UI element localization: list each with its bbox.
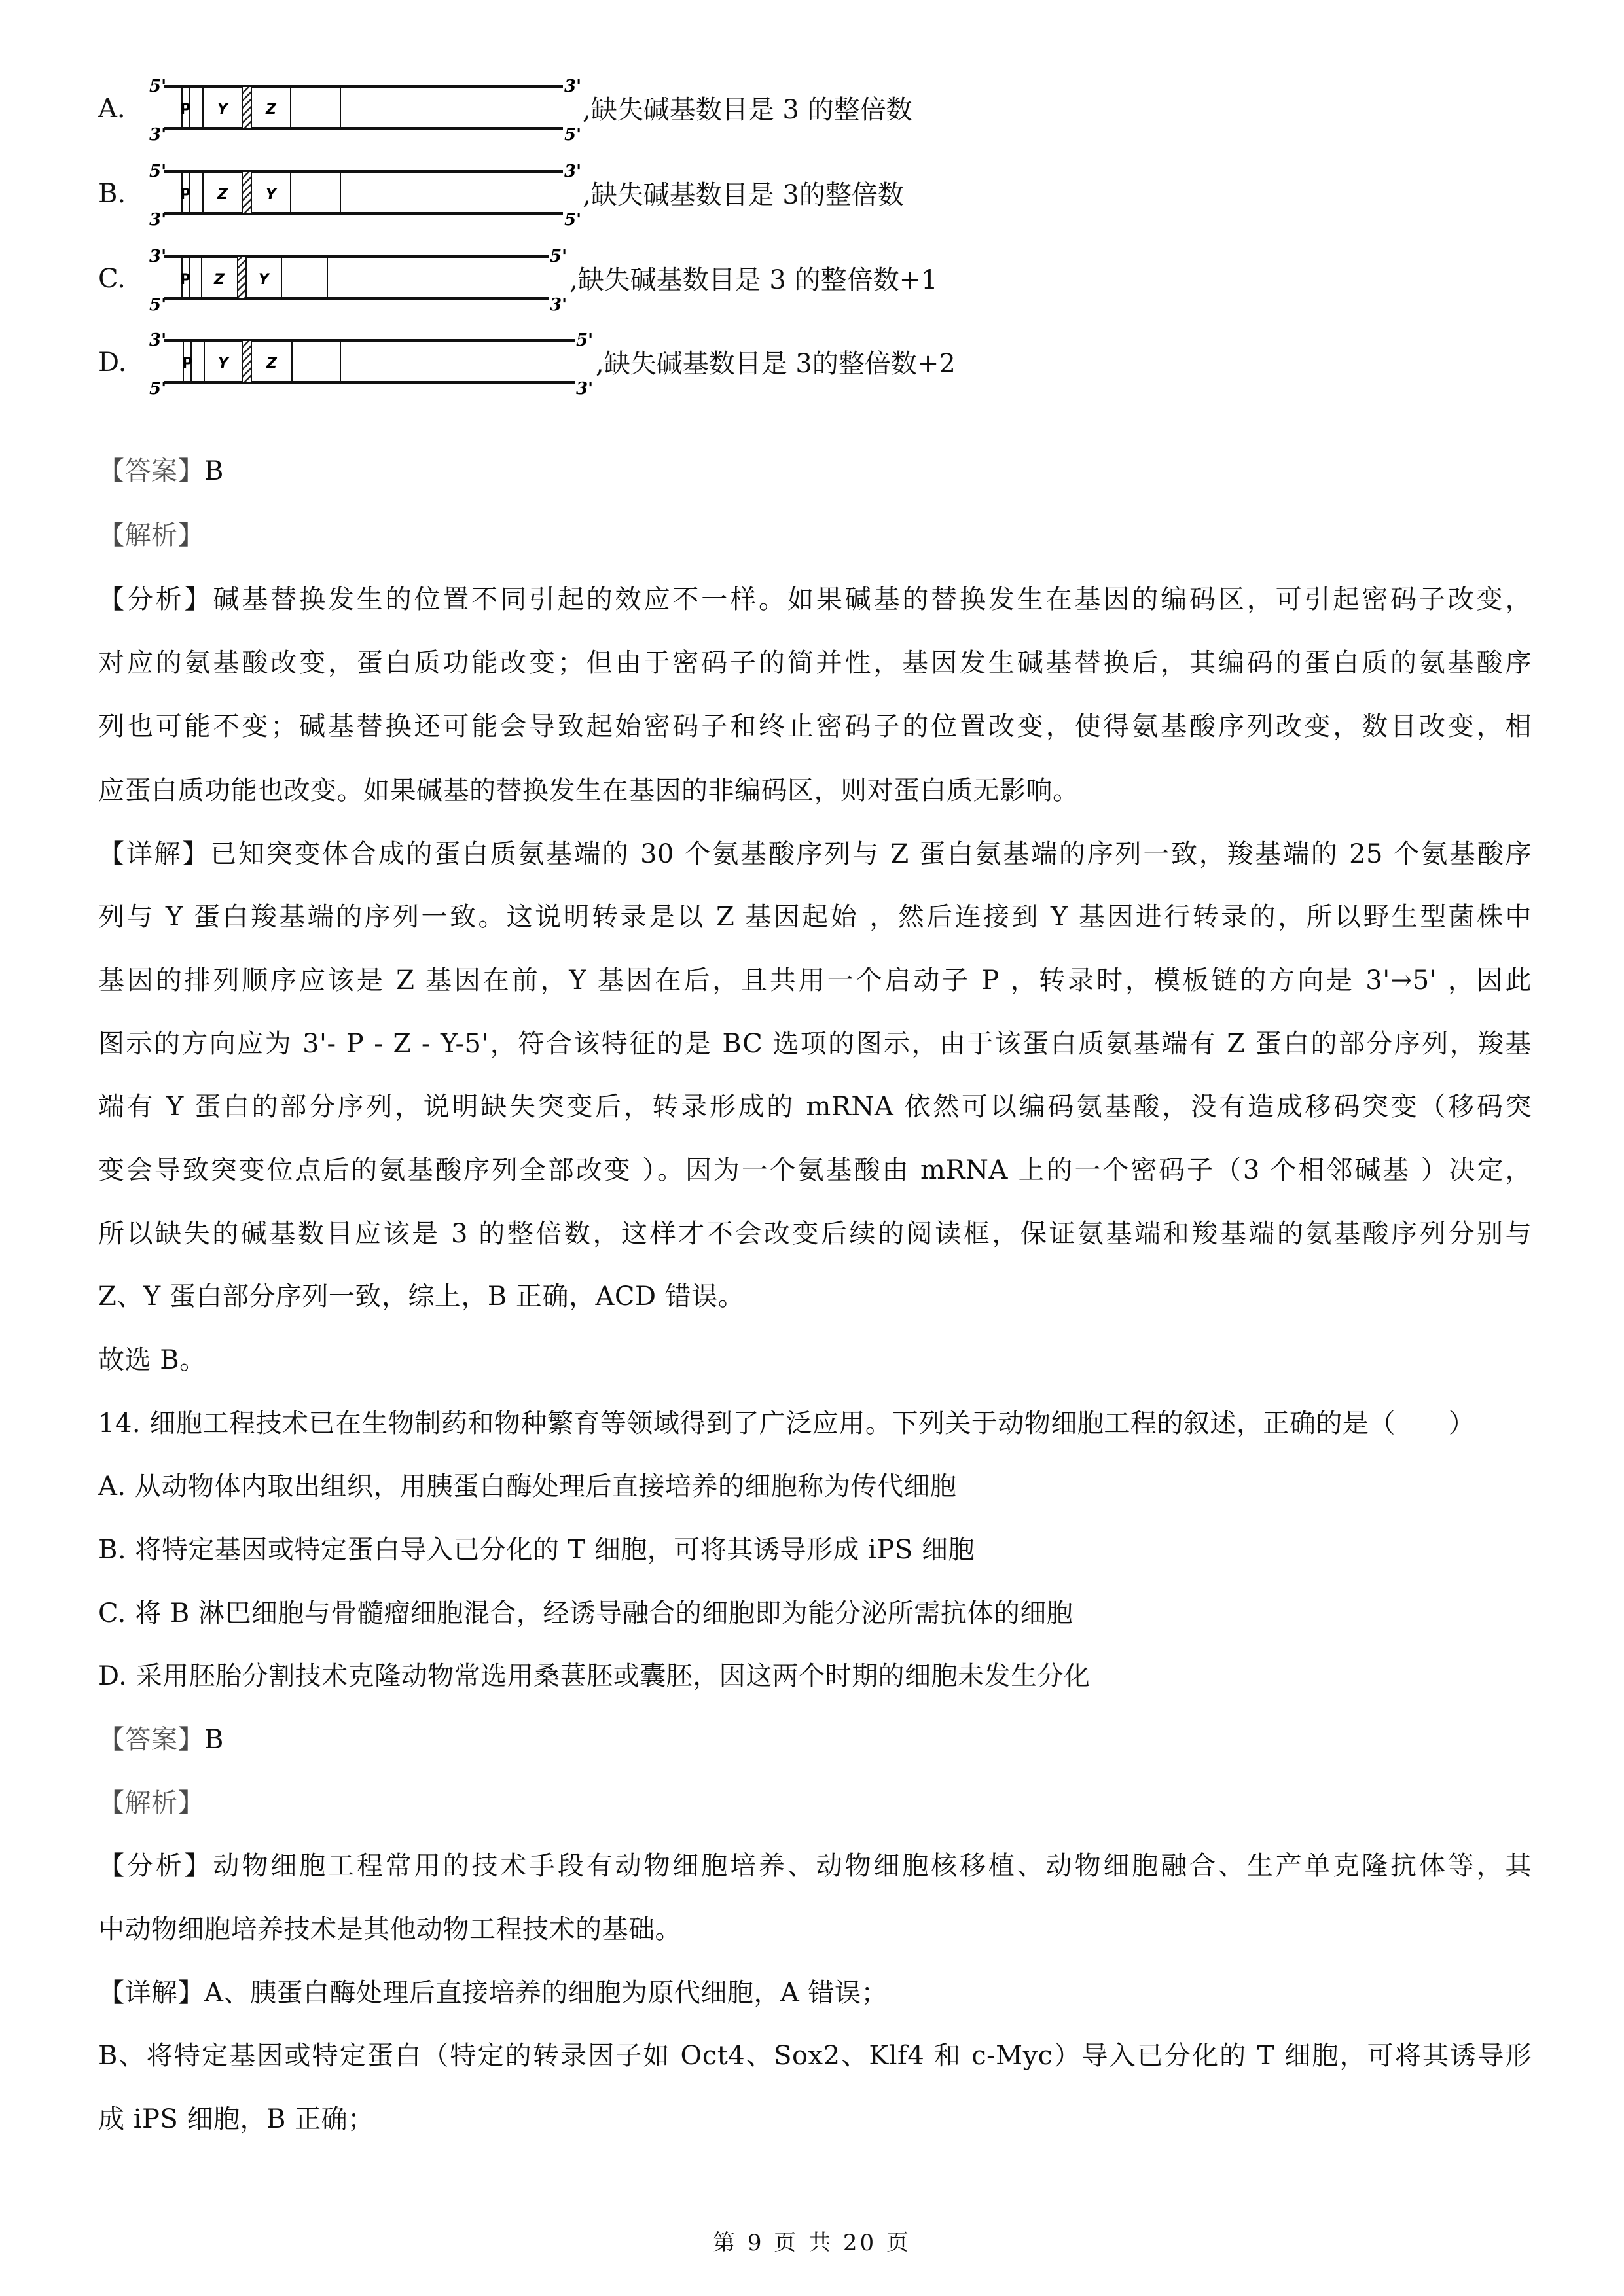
- q14-option-c: C. 将 B 淋巴细胞与骨髓瘤细胞混合，经诱导融合的细胞即为能分泌所需抗体的细胞: [98, 1595, 1532, 1632]
- q14-option-b: B. 将特定基因或特定蛋白导入已分化的 T 细胞，可将其诱导形成 iPS 细胞: [98, 1532, 1532, 1568]
- gene-diagram-a: 5' 3' 3' 5' P Y Z: [144, 72, 615, 144]
- q13-fenxi-line-1: 【分析】碱基替换发生的位置不同引起的效应不一样。如果碱基的替换发生在基因的编码区…: [98, 581, 1532, 618]
- fenxi-tag: 【分析】: [98, 584, 213, 615]
- q14-option-d: D. 采用胚胎分割技术克隆动物常选用桑葚胚或囊胚，因这两个时期的细胞未发生分化: [98, 1658, 1532, 1695]
- q13-fenxi-line-2: 对应的氨基酸改变，蛋白质功能改变；但由于密码子的简并性，基因发生碱基替换后，其编…: [98, 645, 1532, 681]
- svg-text:Z: Z: [217, 187, 228, 203]
- svg-text:Y: Y: [259, 272, 270, 288]
- xiangjie-tag: 【详解】: [98, 1978, 204, 2008]
- q14-option-a: A. 从动物体内取出组织，用胰蛋白酶处理后直接培养的细胞称为传代细胞: [98, 1468, 1532, 1505]
- q13-xiangjie-line-1: 【详解】已知突变体合成的蛋白质氨基端的 30 个氨基酸序列与 Z 蛋白氨基端的序…: [98, 836, 1532, 872]
- answer-tag: 【答案】: [98, 1725, 204, 1755]
- q14-xiangjie-line-1: 【详解】A、胰蛋白酶处理后直接培养的细胞为原代细胞，A 错误；: [98, 1975, 1532, 2011]
- gene-diagram-b: 5' 3' 3' 5' P Z Y: [144, 157, 615, 229]
- svg-text:3': 3': [564, 77, 581, 96]
- q13-answer: 【答案】B: [98, 453, 1532, 490]
- option-letter: B.: [98, 179, 126, 208]
- svg-text:3': 3': [576, 379, 593, 398]
- option-text: ,缺失碱基数目是 3 的整倍数+1: [569, 266, 938, 295]
- gene-diagram-d: 3' 5' 5' 3' P Y Z: [144, 326, 641, 398]
- xiangjie-tag: 【详解】: [98, 839, 210, 869]
- q13-fenxi-line-3: 列也可能不变；碱基替换还可能会导致起始密码子和终止密码子的位置改变，使得氨基酸序…: [98, 708, 1532, 745]
- svg-text:5': 5': [550, 247, 567, 266]
- svg-text:P: P: [180, 187, 190, 203]
- svg-text:Y: Y: [217, 101, 229, 118]
- option-letter: C.: [98, 264, 126, 293]
- option-text: ,缺失碱基数目是 3 的整倍数: [583, 96, 912, 124]
- q13-xiangjie-line-3: 基因的排列顺序应该是 Z 基因在前，Y 基因在后，且共用一个启动子 P ，转录时…: [98, 962, 1532, 999]
- q13-xiangjie-line-5: 端有 Y 蛋白的部分序列，说明缺失突变后，转录形成的 mRNA 依然可以编码氨基…: [98, 1088, 1532, 1125]
- answer-value: B: [204, 456, 224, 486]
- gene-diagram-c: 3' 5' 5' 3' P Z Y: [144, 242, 615, 314]
- page-number-footer: 第 9 页 共 20 页: [0, 2229, 1624, 2257]
- svg-text:3': 3': [550, 295, 567, 314]
- q13-xiangjie-line-2: 列与 Y 蛋白羧基端的序列一致。这说明转录是以 Z 基因起始 ，然后连接到 Y …: [98, 899, 1532, 935]
- q13-xiangjie-line-8: Z、Y 蛋白部分序列一致，综上，B 正确，ACD 错误。: [98, 1278, 1532, 1315]
- q13-conclusion: 故选 B。: [98, 1342, 1532, 1378]
- q14-analysis-heading: 【解析】: [98, 1785, 1532, 1821]
- svg-text:Y: Y: [266, 187, 278, 203]
- q13-xiangjie-line-7: 所以缺失的碱基数目应该是 3 的整倍数，这样才不会改变后续的阅读框，保证氨基端和…: [98, 1215, 1532, 1252]
- q14-fenxi-line-2: 中动物细胞培养技术是其他动物工程技术的基础。: [98, 1911, 1532, 1948]
- svg-text:5': 5': [564, 210, 581, 229]
- q14-answer: 【答案】B: [98, 1721, 1532, 1758]
- q14-fenxi-line-1: 【分析】动物细胞工程常用的技术手段有动物细胞培养、动物细胞核移植、动物细胞融合、…: [98, 1848, 1532, 1884]
- q13-fenxi-line-4: 应蛋白质功能也改变。如果碱基的替换发生在基因的非编码区，则对蛋白质无影响。: [98, 772, 1532, 809]
- fenxi-tag: 【分析】: [98, 1851, 213, 1881]
- svg-text:Z: Z: [213, 272, 225, 288]
- q14-stem: 14. 细胞工程技术已在生物制药和物种繁育等领域得到了广泛应用。下列关于动物细胞…: [98, 1405, 1532, 1442]
- q14-xiangjie-line-3: 成 iPS 细胞，B 正确；: [98, 2101, 1532, 2138]
- svg-text:5': 5': [576, 331, 593, 350]
- option-text: ,缺失碱基数目是 3的整倍数+2: [596, 350, 956, 378]
- svg-text:P: P: [182, 355, 192, 372]
- q14-xiangjie-line-2: B、将特定基因或特定蛋白（特定的转录因子如 Oct4、Sox2、Klf4 和 c…: [98, 2037, 1532, 2074]
- svg-text:P: P: [180, 101, 190, 118]
- q13-analysis-heading: 【解析】: [98, 517, 1532, 554]
- option-letter: D.: [98, 348, 126, 377]
- svg-text:Z: Z: [266, 355, 278, 372]
- answer-tag: 【答案】: [98, 456, 204, 486]
- document-page: A. 5' 3' 3' 5' P Y Z ,缺失碱基数目是 3 的整: [0, 0, 1624, 2296]
- option-text: ,缺失碱基数目是 3的整倍数: [583, 181, 904, 209]
- q13-xiangjie-line-4: 图示的方向应为 3'- P - Z - Y-5'，符合该特征的是 BC 选项的图…: [98, 1026, 1532, 1062]
- svg-text:Z: Z: [265, 101, 277, 118]
- q13-xiangjie-line-6: 变会导致突变位点后的氨基酸序列全部改变 ）。因为一个氨基酸由 mRNA 上的一个…: [98, 1152, 1532, 1189]
- svg-text:5': 5': [564, 125, 581, 144]
- answer-value: B: [204, 1725, 224, 1755]
- svg-text:3': 3': [564, 162, 581, 181]
- svg-text:P: P: [180, 272, 190, 288]
- svg-text:Y: Y: [218, 355, 230, 372]
- option-letter: A.: [98, 94, 126, 123]
